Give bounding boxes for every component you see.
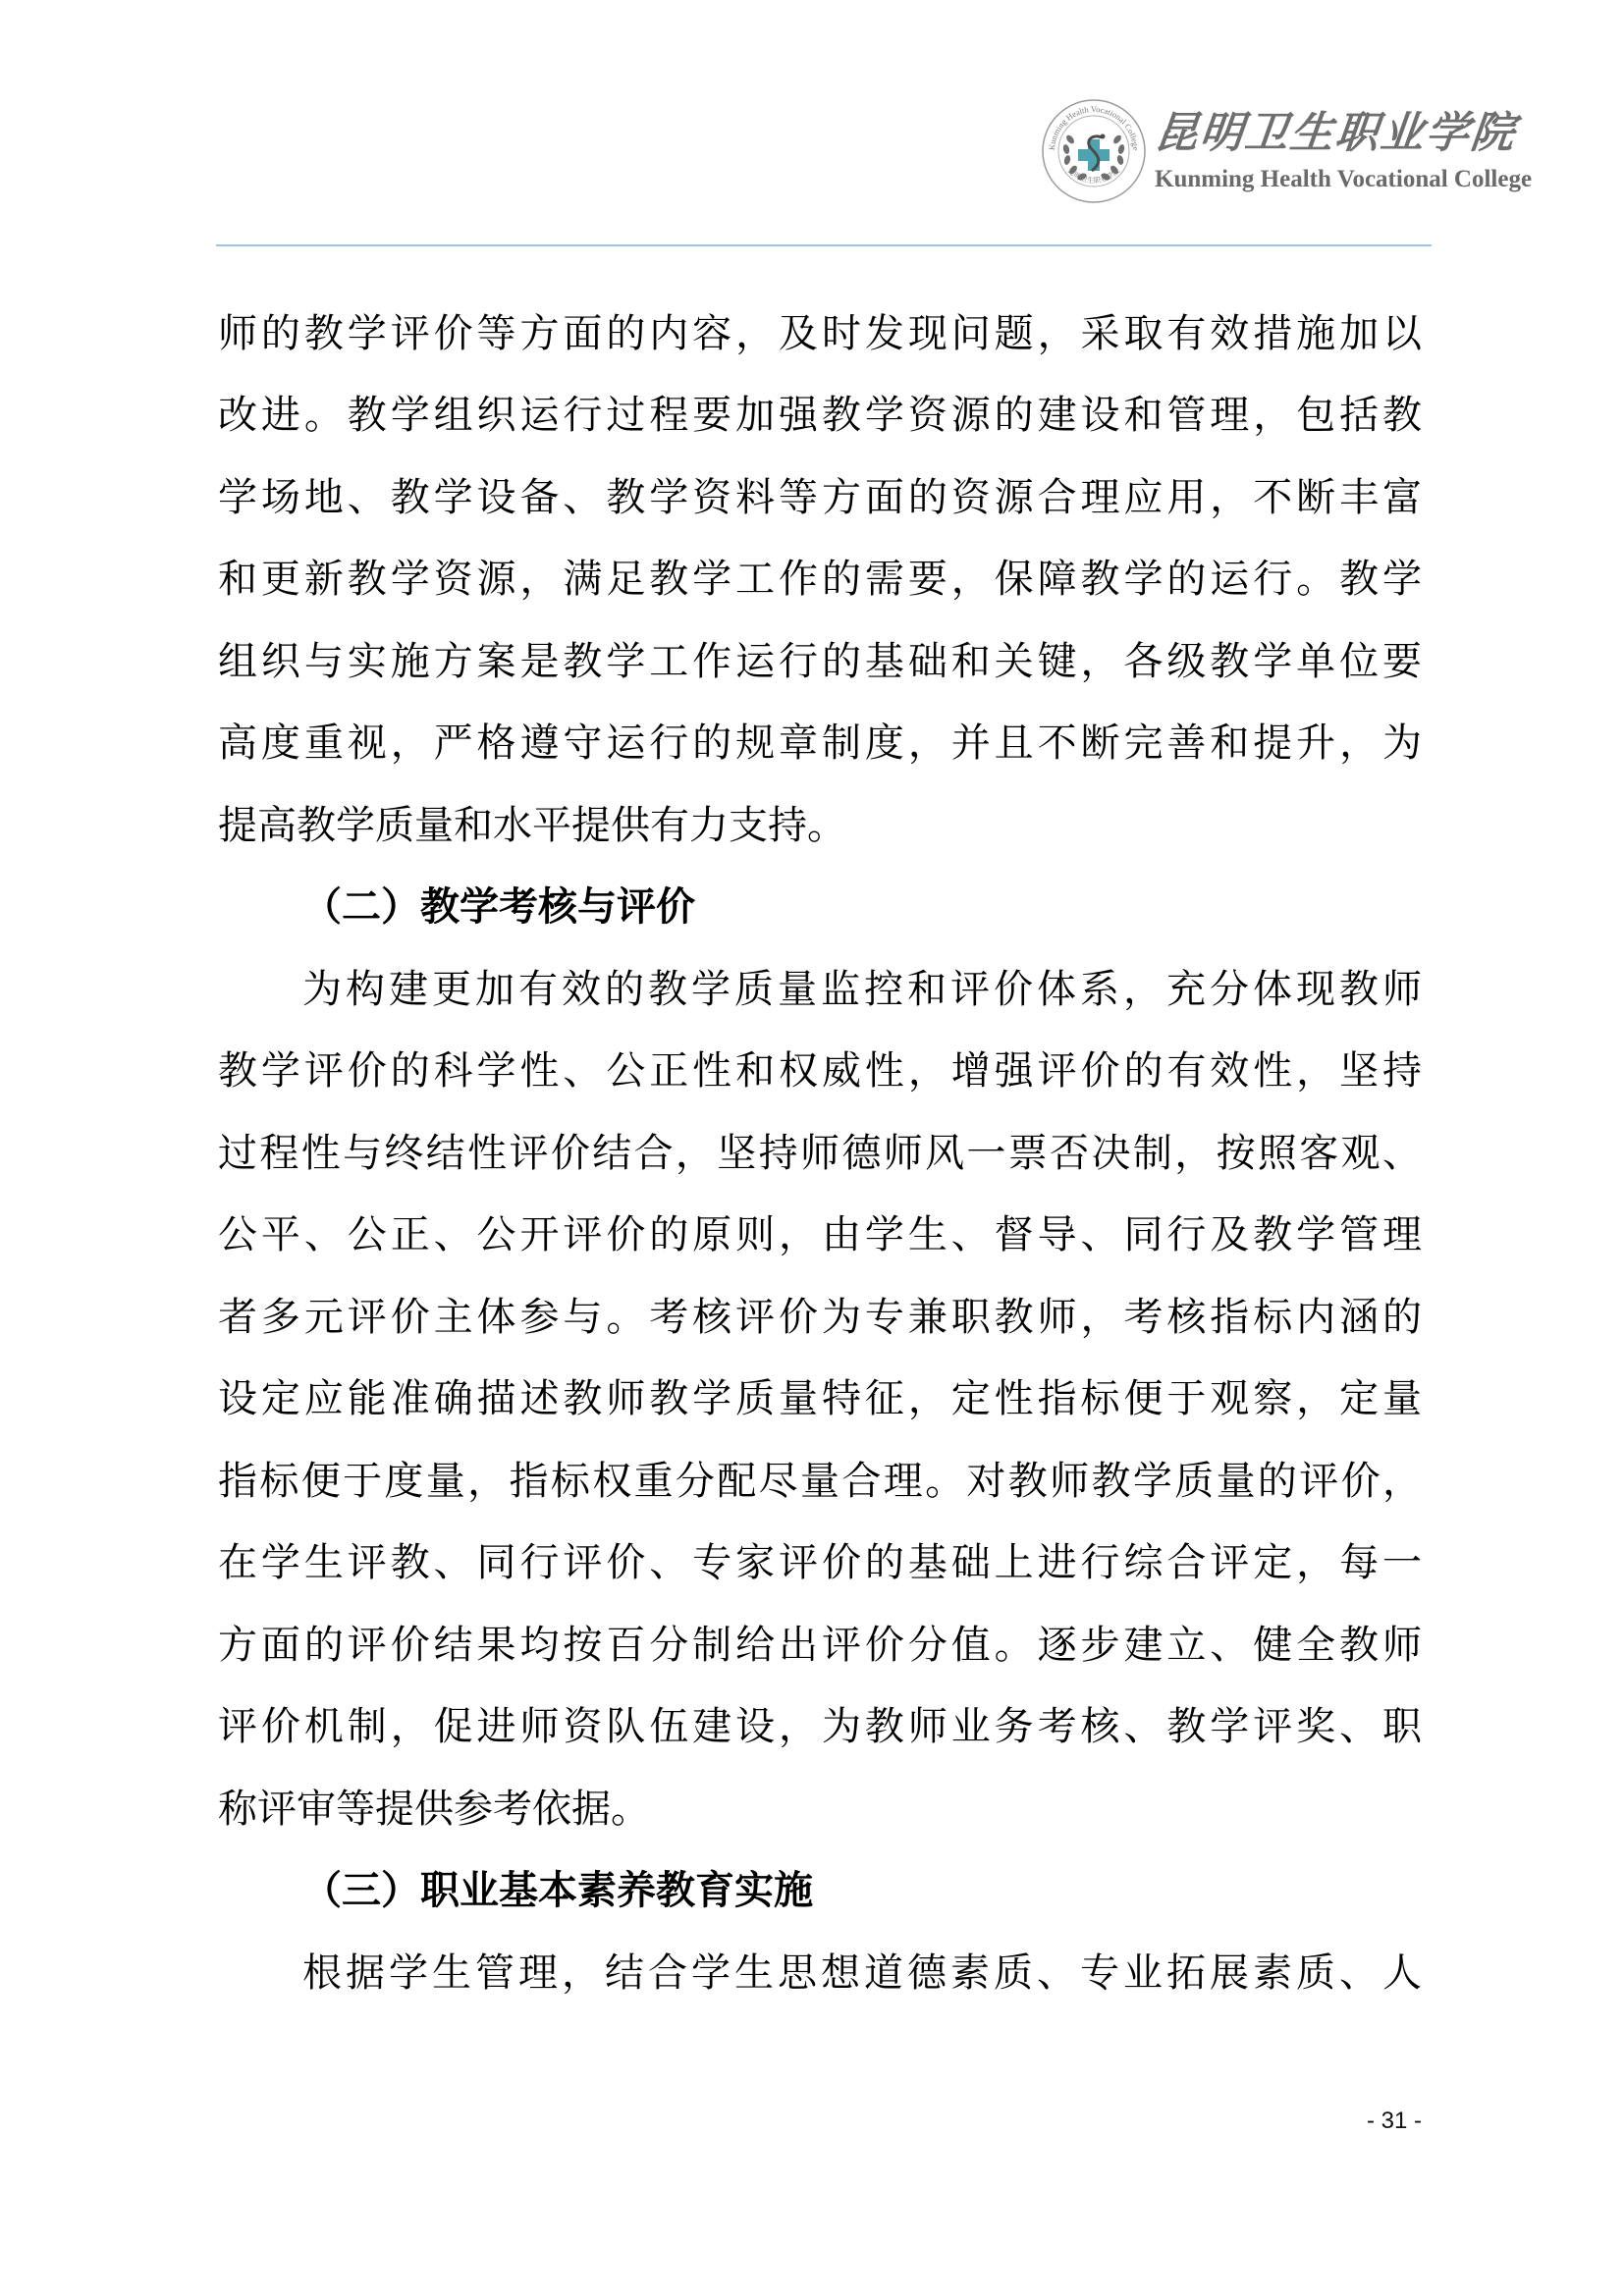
body-line: 评价机制，促进师资队伍建设，为教师业务考核、教学评奖、职 <box>218 1703 1422 1750</box>
body-line: 在学生评教、同行评价、专家评价的基础上进行综合评定，每一 <box>218 1539 1422 1586</box>
body-line: 提高教学质量和水平提供有力支持。 <box>218 802 1422 849</box>
body-line: 公平、公正、公开评价的原则，由学生、督导、同行及教学管理 <box>218 1211 1422 1258</box>
body-line: 组织与实施方案是教学工作运行的基础和关键，各级教学单位要 <box>218 638 1422 685</box>
college-seal-logo: Kunming Health Vocational College 昆明卫生职业… <box>1041 98 1147 204</box>
section-heading-3: （三）职业基本素养教育实施 <box>302 1867 1422 1914</box>
body-line: 者多元评价主体参与。考核评价为专兼职教师，考核指标内涵的 <box>218 1294 1422 1341</box>
body-line: 设定应能准确描述教师教学质量特征，定性指标便于观察，定量 <box>218 1375 1422 1422</box>
college-name-english: Kunming Health Vocational College <box>1155 165 1532 194</box>
body-line: 过程性与终结性评价结合，坚持师德师风一票否决制，按照客观、 <box>218 1130 1422 1177</box>
page-header: Kunming Health Vocational College 昆明卫生职业… <box>0 0 1624 255</box>
body-line: 学场地、教学设备、教学资料等方面的资源合理应用，不断丰富 <box>218 474 1422 521</box>
header-divider <box>216 244 1432 246</box>
body-line: 改进。教学组织运行过程要加强教学资源的建设和管理，包括教 <box>218 392 1422 439</box>
body-line: 为构建更加有效的教学质量监控和评价体系，充分体现教师 <box>302 966 1422 1013</box>
body-line: 称评审等提供参考依据。 <box>218 1786 1422 1833</box>
college-name-chinese: 昆明卫生职业学院 <box>1152 106 1511 161</box>
page-number: - 31 - <box>1367 2107 1422 2136</box>
body-line: 和更新教学资源，满足教学工作的需要，保障教学的运行。教学 <box>218 556 1422 603</box>
body-line: 方面的评价结果均按百分制给出评价分值。逐步建立、健全教师 <box>218 1622 1422 1669</box>
body-line: 高度重视，严格遵守运行的规章制度，并且不断完善和提升，为 <box>218 720 1422 767</box>
body-line: 指标便于度量，指标权重分配尽量合理。对教师教学质量的评价， <box>218 1458 1422 1505</box>
body-line: 根据学生管理，结合学生思想道德素质、专业拓展素质、人 <box>302 1949 1422 1997</box>
body-line: 师的教学评价等方面的内容，及时发现问题，采取有效措施加以 <box>218 310 1422 357</box>
body-line: 教学评价的科学性、公正性和权威性，增强评价的有效性，坚持 <box>218 1047 1422 1095</box>
section-heading-2: （二）教学考核与评价 <box>302 883 1422 931</box>
